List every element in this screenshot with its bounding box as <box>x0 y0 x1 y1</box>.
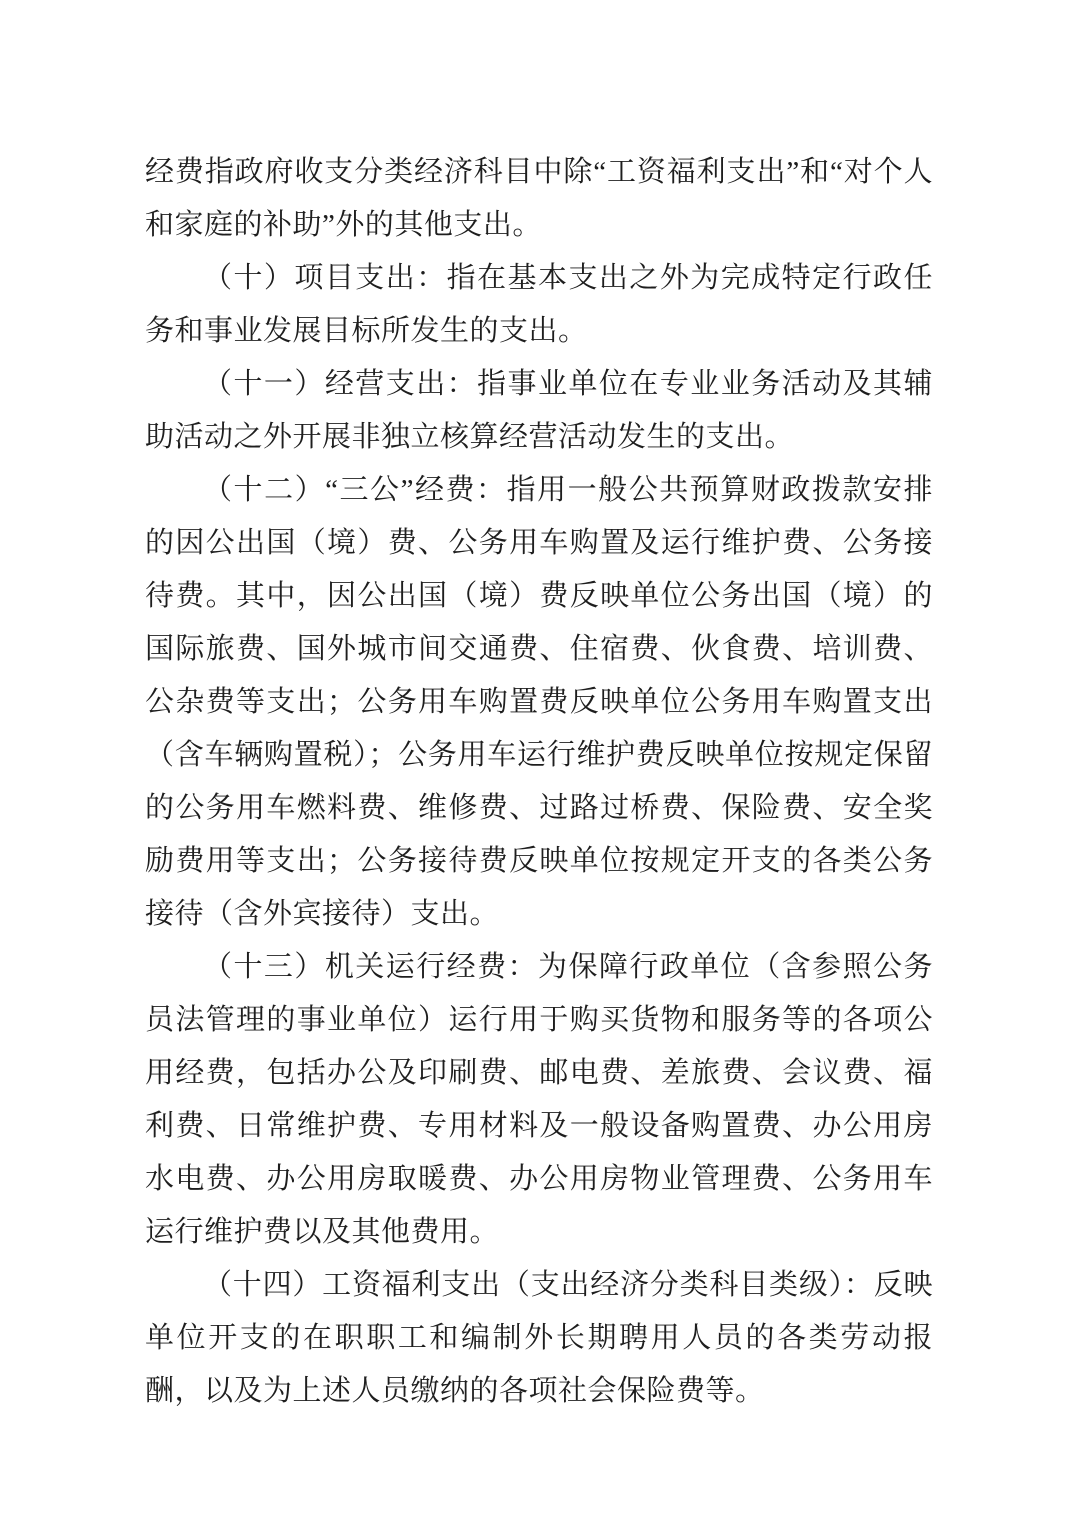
document-page: 经费指政府收支分类经济科目中除“工资福利支出”和“对个人和家庭的补助”外的其他支… <box>0 0 1074 1520</box>
document-paragraph-item-12: （十二）“三公”经费：指用一般公共预算财政拨款安排的因公出国（境）费、公务用车购… <box>145 464 933 941</box>
document-paragraph-item-11: （十一）经营支出：指事业单位在专业业务活动及其辅助活动之外开展非独立核算经营活动… <box>145 358 933 464</box>
document-paragraph-item-13: （十三）机关运行经费：为保障行政单位（含参照公务员法管理的事业单位）运行用于购买… <box>145 941 933 1259</box>
document-paragraph-item-14: （十四）工资福利支出（支出经济分类科目类级）：反映单位开支的在职职工和编制外长期… <box>145 1259 933 1418</box>
document-text-block: 经费指政府收支分类经济科目中除“工资福利支出”和“对个人和家庭的补助”外的其他支… <box>145 146 933 1418</box>
document-paragraph-continuation: 经费指政府收支分类经济科目中除“工资福利支出”和“对个人和家庭的补助”外的其他支… <box>145 146 933 252</box>
document-paragraph-item-10: （十）项目支出：指在基本支出之外为完成特定行政任务和事业发展目标所发生的支出。 <box>145 252 933 358</box>
